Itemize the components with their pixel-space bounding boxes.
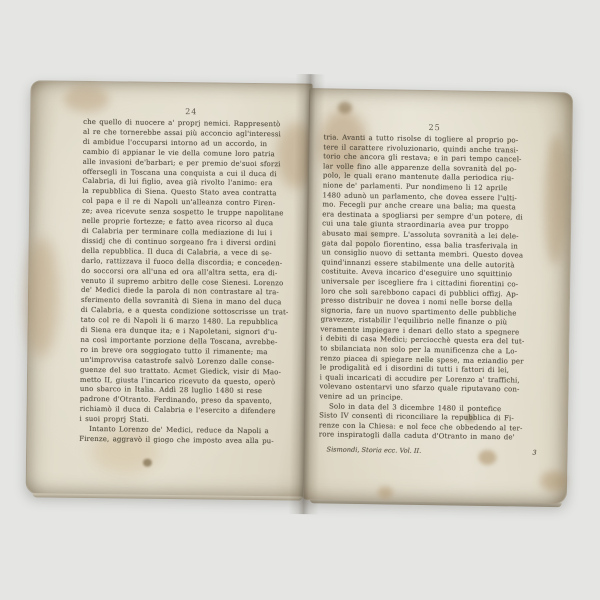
open-book: 24 che quello di nuocere a' proprj nemic…: [23, 74, 576, 517]
stain: [143, 459, 152, 467]
right-page-body-text: tria. Avanti a tutto risolse di togliere…: [319, 133, 546, 443]
right-page: 25 tria. Avanti a tutto risolse di togli…: [303, 88, 573, 504]
signature-number: 3: [532, 449, 536, 457]
left-page-number: 24: [83, 106, 299, 118]
stain: [378, 486, 393, 498]
book-scan-photo: 24 che quello di nuocere a' proprj nemic…: [0, 0, 600, 600]
book-reference-footer: Sismondi, Storia ecc. Vol. II.: [327, 445, 422, 454]
left-page: 24 che quello di nuocere a' proprj nemic…: [26, 80, 313, 497]
left-page-text-column: 24 che quello di nuocere a' proprj nemic…: [27, 81, 311, 447]
left-page-body-text: che quello di nuocere a' proprj nemici. …: [79, 118, 299, 448]
right-page-number: 25: [324, 121, 546, 133]
stain: [540, 471, 566, 491]
right-page-text-column: 25 tria. Avanti a tutto risolse di togli…: [305, 89, 573, 457]
signature-line: Sismondi, Storia ecc. Vol. II. 3: [319, 445, 541, 456]
